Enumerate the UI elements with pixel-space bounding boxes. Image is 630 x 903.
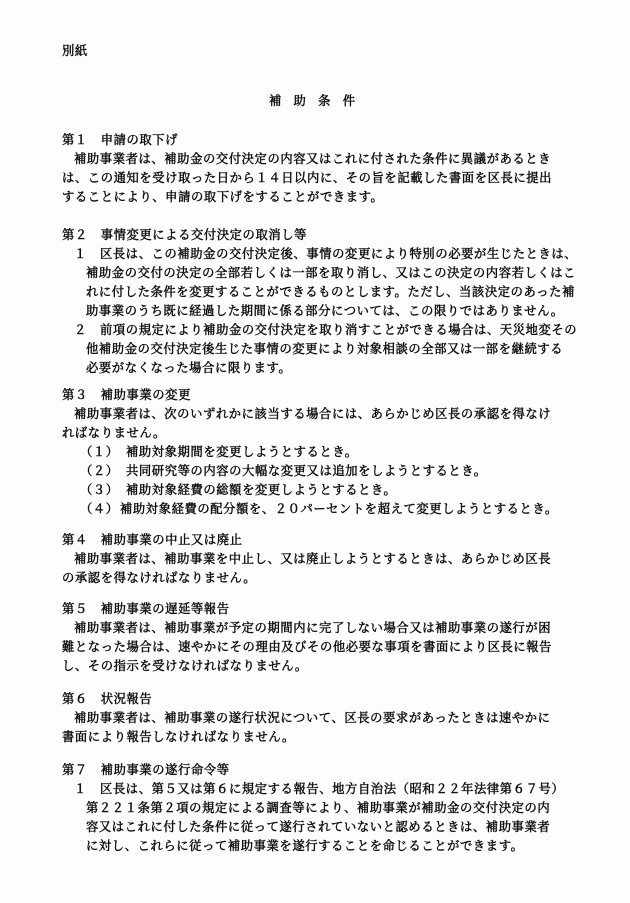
paragraph-line: 補助事業者は、補助事業を中止し、又は廃止しようとするときは、あらかじめ区長 [74, 550, 551, 569]
item-line: 前項の規定により補助金の交付決定を取り消すことができる場合は、天災地変その [100, 321, 577, 340]
paragraph-line: 補助事業者は、次のいずれかに該当する場合には、あらかじめ区長の承認を得なけ [74, 405, 551, 424]
document-title: 補 助 条 件 [62, 92, 562, 111]
item-number: １ [74, 245, 87, 264]
item-line: れに付した条件を変更することができるものとします。ただし、当該決定のあった補 [86, 283, 575, 302]
list-number: （３） [80, 481, 119, 500]
section-heading: 第６ 状況報告 [62, 690, 152, 709]
paragraph-line: 書面により報告しなければなりません。 [62, 728, 295, 747]
section-heading: 第３ 補助事業の変更 [62, 386, 191, 405]
item-line: 容又はこれに付した条件に従って遂行されていないと認めるときは、補助事業者 [86, 818, 550, 837]
item-line: に対し、これらに従って補助事業を遂行することを命じることができます。 [86, 837, 524, 856]
paragraph-line: の承認を得なければなりません。 [62, 569, 256, 588]
list-text: 共同研究等の内容の大幅な変更又は追加をしようとするとき。 [126, 462, 487, 481]
paragraph-line: することにより、申請の取下げをすることができます。 [62, 188, 383, 207]
paragraph-line: 補助事業者は、補助事業の遂行状況について、区長の要求があったときは速やかに [74, 709, 551, 728]
item-line: 第２２１条第２項の規定による調査等により、補助事業が補助金の交付決定の内 [86, 799, 550, 818]
list-text: 補助対象経費の総額を変更しようとするとき。 [126, 481, 396, 500]
list-number: （４） [80, 500, 119, 519]
paragraph-line: し、その指示を受けなければなりません。 [62, 657, 308, 676]
paragraph-line: 補助事業者は、補助事業が予定の期間内に完了しない場合又は補助事業の遂行が困 [74, 619, 551, 638]
list-number: （２） [80, 462, 119, 481]
paragraph-line: は、この通知を受け取った日から１４日以内に、その旨を記載した書面を区長に提出 [62, 169, 552, 188]
item-number: ２ [74, 321, 87, 340]
item-line: 助事業のうち既に経過した期間に係る部分については、この限りではありません。 [86, 302, 564, 321]
section-heading: 第７ 補助事業の遂行命令等 [62, 761, 230, 780]
item-line: 区長は、この補助金の交付決定後、事情の変更により特別の必要が生じたときは、 [100, 245, 577, 264]
section-heading: 第５ 補助事業の遅延等報告 [62, 600, 230, 619]
item-line: 区長は、第５又は第６に規定する報告、地方自治法（昭和２２年法律第６７号） [100, 780, 564, 799]
paragraph-line: ればなりません。 [62, 424, 166, 443]
section-heading: 第２ 事情変更による交付決定の取消し等 [62, 226, 307, 245]
list-text: 補助対象経費の配分額を、２０パーセントを超えて変更しようとするとき。 [120, 500, 558, 519]
attachment-label: 別紙 [62, 42, 88, 61]
section-heading: 第４ 補助事業の中止又は廃止 [62, 531, 243, 550]
item-line: 必要がなくなった場合に限ります。 [86, 359, 291, 378]
section-heading: 第１ 申請の取下げ [62, 131, 178, 150]
item-line: 他補助金の交付決定後生じた事情の変更により対象相談の全部又は一部を継続する [86, 340, 563, 359]
paragraph-line: 補助事業者は、補助金の交付決定の内容又はこれに付された条件に異議があるとき [74, 150, 551, 169]
item-line: 補助金の交付の決定の全部若しくは一部を取り消し、又はこの決定の内容若しくはこ [86, 264, 576, 283]
paragraph-line: 難となった場合は、速やかにその理由及びその他必要な事項を書面により区長に報告 [62, 638, 552, 657]
item-number: １ [74, 780, 87, 799]
list-text: 補助対象期間を変更しようとするとき。 [126, 443, 358, 462]
list-number: （１） [80, 443, 119, 462]
